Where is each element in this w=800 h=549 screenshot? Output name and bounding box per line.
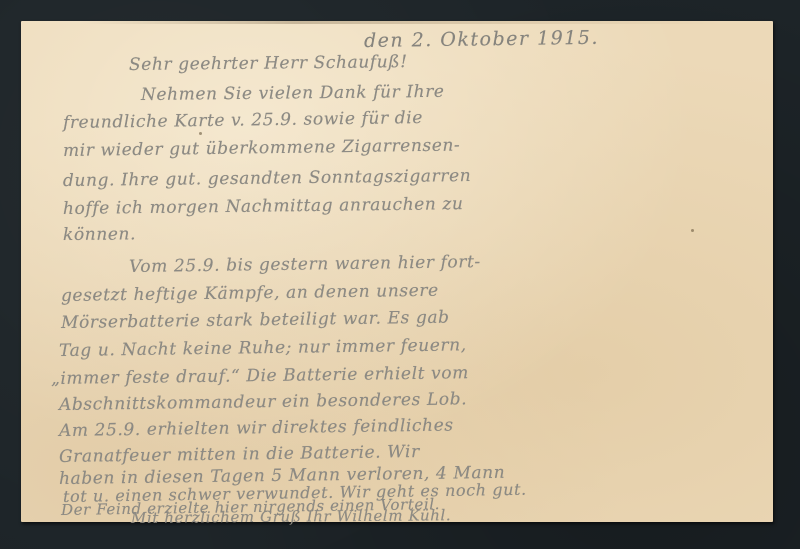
text-line-10: Tag u. Nacht keine Ruhe; nur immer feuer… xyxy=(59,335,467,361)
text-line-4: dung. Ihre gut. gesandten Sonntagszigarr… xyxy=(63,166,472,191)
text-line-14: Granatfeuer mitten in die Batterie. Wir xyxy=(59,442,420,467)
date-line: den 2. Oktober 1915. xyxy=(364,27,599,52)
text-line-11: „immer feste drauf.“ Die Batterie erhiel… xyxy=(51,363,469,389)
text-line-6: können. xyxy=(63,224,136,245)
salutation: Sehr geehrter Herr Schaufuß! xyxy=(129,52,408,75)
text-line-5: hoffe ich morgen Nachmittag anrauchen zu xyxy=(63,194,464,219)
text-line-12: Abschnittskommandeur ein besonderes Lob. xyxy=(59,389,467,415)
paper-spot xyxy=(691,229,694,232)
postcard: den 2. Oktober 1915. Sehr geehrter Herr … xyxy=(21,21,773,522)
text-line-8: gesetzt heftige Kämpfe, an denen unsere xyxy=(61,281,439,306)
text-line-3: mir wieder gut überkommene Zigarrensen- xyxy=(63,135,461,161)
text-line-2: freundliche Karte v. 25.9. sowie für die xyxy=(63,108,423,133)
text-line-9: Mörserbatterie stark beteiligt war. Es g… xyxy=(61,308,450,333)
text-line-13: Am 25.9. erhielten wir direktes feindlic… xyxy=(59,415,454,441)
card-edge-wear xyxy=(81,21,721,24)
text-line-7: Vom 25.9. bis gestern waren hier fort- xyxy=(129,252,481,277)
closing-signature: Mit herzlichem Gruß Ihr Wilhelm Kühl. xyxy=(131,506,451,527)
paper-spot xyxy=(199,132,202,135)
text-line-1: Nehmen Sie vielen Dank für Ihre xyxy=(141,82,445,105)
